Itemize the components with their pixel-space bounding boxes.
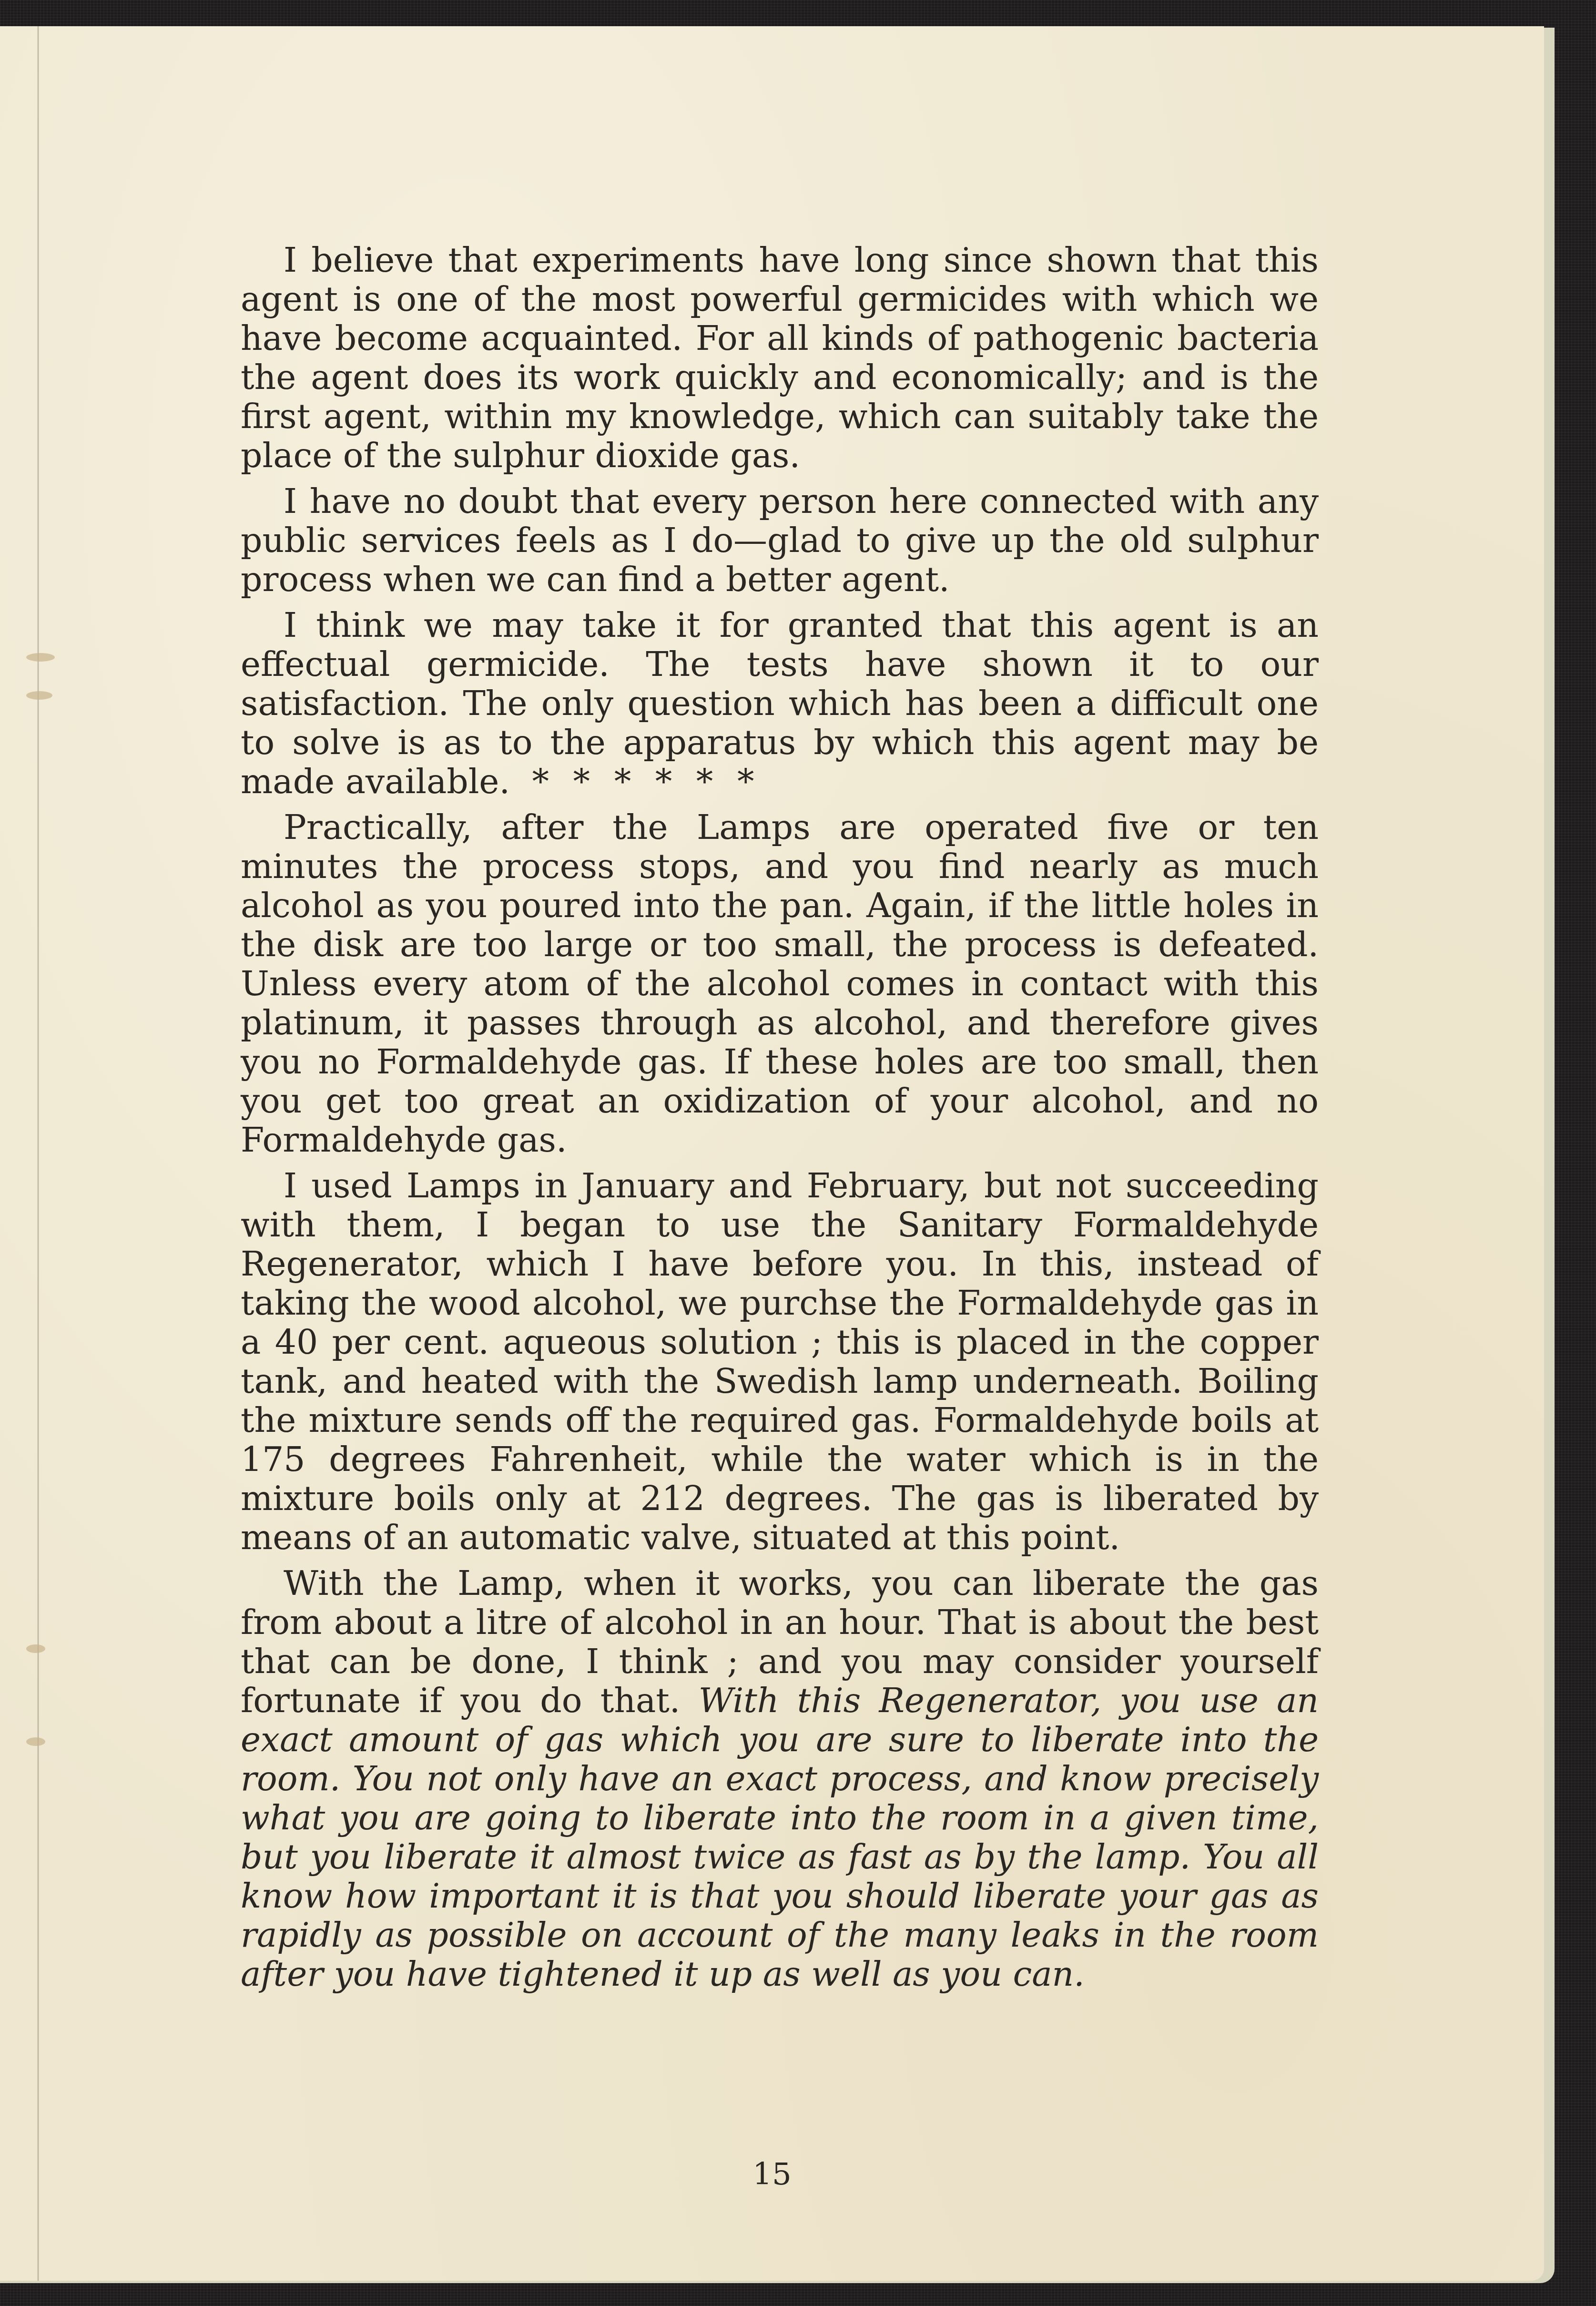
paragraph-text: I think we may take it for granted that … (241, 605, 1319, 801)
binding-tear-mark (26, 653, 55, 662)
paragraph-lamps-practically: Practically, after the Lamps are operate… (241, 808, 1319, 1160)
page-number: 15 (0, 2157, 1544, 2192)
paragraph-text: Practically, after the Lamps are operate… (241, 807, 1319, 1160)
book-page: I believe that experiments have long sin… (0, 26, 1544, 2281)
paragraph-sulphur-process: I have no doubt that every person here c… (241, 482, 1319, 599)
paragraph-lamp-comparison: With the Lamp, when it works, you can li… (241, 1564, 1319, 1994)
paragraph-text: I have no doubt that every person here c… (241, 481, 1319, 599)
paragraph-italic-emphasis: With this Regenerator, you use an exact … (241, 1681, 1319, 1994)
paragraph-text: I believe that experiments have long sin… (241, 240, 1319, 475)
paragraph-text: I used Lamps in January and February, bu… (241, 1166, 1319, 1557)
binding-tear-mark (26, 691, 52, 700)
gutter-fold-line (37, 26, 39, 2281)
paragraph-apparatus-question: I think we may take it for granted that … (241, 606, 1319, 801)
binding-tear-mark (26, 1737, 45, 1746)
paragraph-regenerator-usage: I used Lamps in January and February, bu… (241, 1166, 1319, 1557)
ellipsis-asterisks: * * * * * * (521, 762, 754, 801)
binding-tear-mark (26, 1644, 45, 1653)
paragraph-germicide-experiments: I believe that experiments have long sin… (241, 241, 1319, 475)
body-text: I believe that experiments have long sin… (241, 241, 1319, 2000)
